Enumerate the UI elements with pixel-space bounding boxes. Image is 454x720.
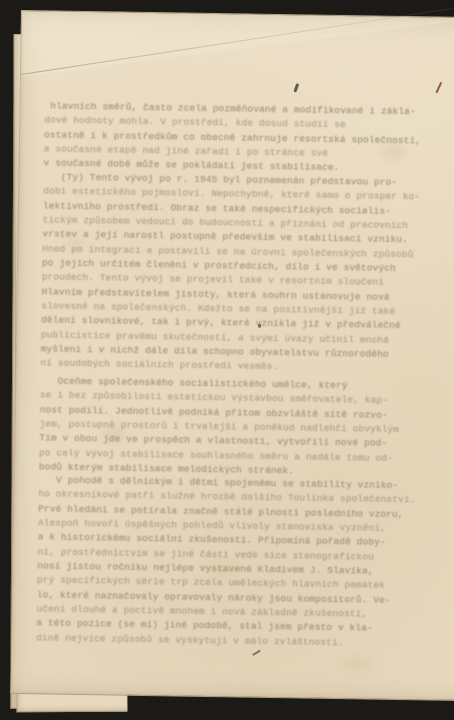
paragraph-1: hlavních směrů, často zcela pozměňované …: [43, 99, 454, 177]
paragraph-4: V pohodě s dělnickým i dětmi spojenému s…: [36, 473, 451, 652]
ink-stroke-mark: [293, 83, 299, 92]
red-pen-mark: [435, 82, 442, 94]
document-page: hlavních směrů, často zcela pozměňované …: [10, 10, 454, 702]
foxing-stain: [342, 656, 376, 673]
paragraph-3: Oceňme společenského socialistického umě…: [39, 374, 453, 481]
scan-background: hlavních směrů, často zcela pozměňované …: [0, 0, 454, 720]
paragraph-2: (Ty) Tento vývoj po r. 1945 byl poznamen…: [40, 170, 454, 377]
page-corner-highlight: [21, 11, 454, 84]
ink-speck: [252, 650, 261, 656]
